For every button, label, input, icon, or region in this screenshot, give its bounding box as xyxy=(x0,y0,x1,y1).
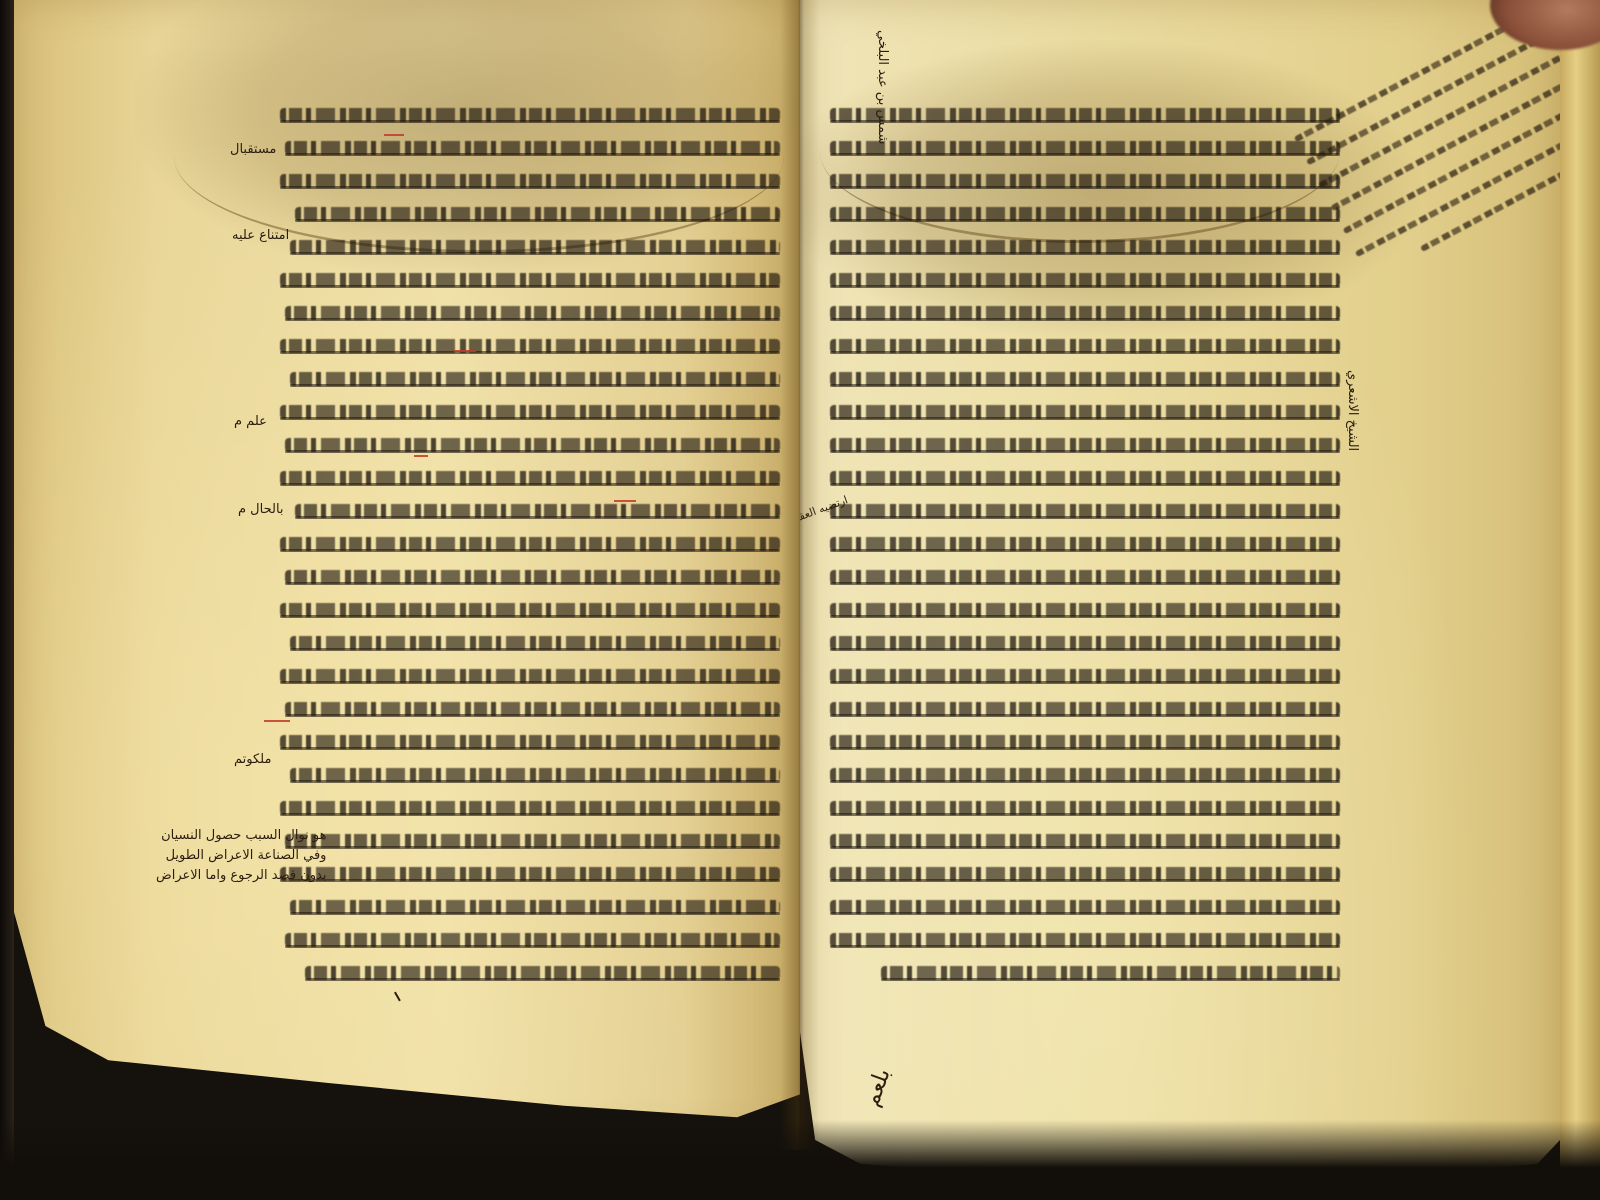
text-line xyxy=(830,232,1340,265)
margin-gloss: هو نوال السبب حصول النسيان وفي الصناعة ا… xyxy=(156,826,326,886)
text-line xyxy=(830,793,1340,826)
rubric-overline xyxy=(264,720,290,722)
text-line xyxy=(280,133,780,166)
rubric-overline xyxy=(454,350,476,352)
text-line xyxy=(280,397,780,430)
text-line xyxy=(830,166,1340,199)
margin-note: علم م xyxy=(234,412,267,432)
text-line xyxy=(830,628,1340,661)
background-edge xyxy=(0,0,14,1200)
text-line xyxy=(830,100,1340,133)
page-edge-stack xyxy=(1560,0,1600,1180)
text-line xyxy=(830,529,1340,562)
text-line xyxy=(830,331,1340,364)
text-line xyxy=(280,727,780,760)
text-line xyxy=(830,562,1340,595)
margin-note-vertical: الشيخ الاشعري xyxy=(1345,370,1360,451)
text-line xyxy=(830,298,1340,331)
text-line xyxy=(830,694,1340,727)
text-line xyxy=(830,133,1340,166)
text-line xyxy=(280,529,780,562)
text-line xyxy=(280,496,780,529)
text-line xyxy=(830,199,1340,232)
text-line xyxy=(280,859,780,892)
text-line xyxy=(830,430,1340,463)
text-line xyxy=(280,661,780,694)
gloss-line: هو نوال السبب حصول النسيان xyxy=(156,826,326,846)
text-line xyxy=(280,925,780,958)
text-line xyxy=(280,331,780,364)
text-line xyxy=(280,694,780,727)
text-line xyxy=(280,958,780,991)
right-page-text xyxy=(830,100,1340,991)
margin-note: ملكوتم xyxy=(234,750,271,770)
text-line xyxy=(280,298,780,331)
gloss-line: وفي الصناعة الاعراض الطويل xyxy=(156,846,326,866)
text-line xyxy=(280,760,780,793)
left-page-text xyxy=(280,100,780,991)
text-line xyxy=(280,826,780,859)
text-line xyxy=(280,100,780,133)
text-line xyxy=(830,496,1340,529)
left-page: مستقبال امتناع عليه علم م بالحال م ملكوت… xyxy=(14,0,800,1140)
top-margin-note: شمس بن عبد البلخي xyxy=(875,30,890,144)
text-line xyxy=(830,661,1340,694)
text-line xyxy=(280,364,780,397)
text-line xyxy=(830,859,1340,892)
bottom-shadow xyxy=(0,1120,1600,1200)
text-line xyxy=(280,232,780,265)
text-line xyxy=(280,265,780,298)
margin-note: مستقبال xyxy=(230,140,276,160)
text-line xyxy=(280,793,780,826)
text-line xyxy=(830,727,1340,760)
text-line xyxy=(830,595,1340,628)
gutter-shadow xyxy=(780,0,820,1150)
gloss-line: بدون قصد الرجوع واما الاعراض xyxy=(156,866,326,886)
text-line xyxy=(280,562,780,595)
text-line xyxy=(280,595,780,628)
text-line xyxy=(830,364,1340,397)
text-line xyxy=(830,826,1340,859)
text-line xyxy=(280,199,780,232)
text-line xyxy=(280,892,780,925)
text-line xyxy=(830,760,1340,793)
text-line xyxy=(280,463,780,496)
margin-note: بالحال م xyxy=(238,500,284,520)
rubric-overline xyxy=(384,134,404,136)
rubric-overline xyxy=(414,455,428,457)
text-line xyxy=(280,166,780,199)
margin-note: امتناع عليه xyxy=(232,226,289,246)
rubric-overline xyxy=(614,500,636,502)
text-line xyxy=(830,397,1340,430)
text-line xyxy=(830,925,1340,958)
text-line xyxy=(830,265,1340,298)
text-line xyxy=(830,892,1340,925)
text-line xyxy=(280,628,780,661)
text-line xyxy=(280,430,780,463)
text-line xyxy=(830,463,1340,496)
text-line xyxy=(830,958,1340,991)
manuscript-scene: مستقبال امتناع عليه علم م بالحال م ملكوت… xyxy=(0,0,1600,1200)
